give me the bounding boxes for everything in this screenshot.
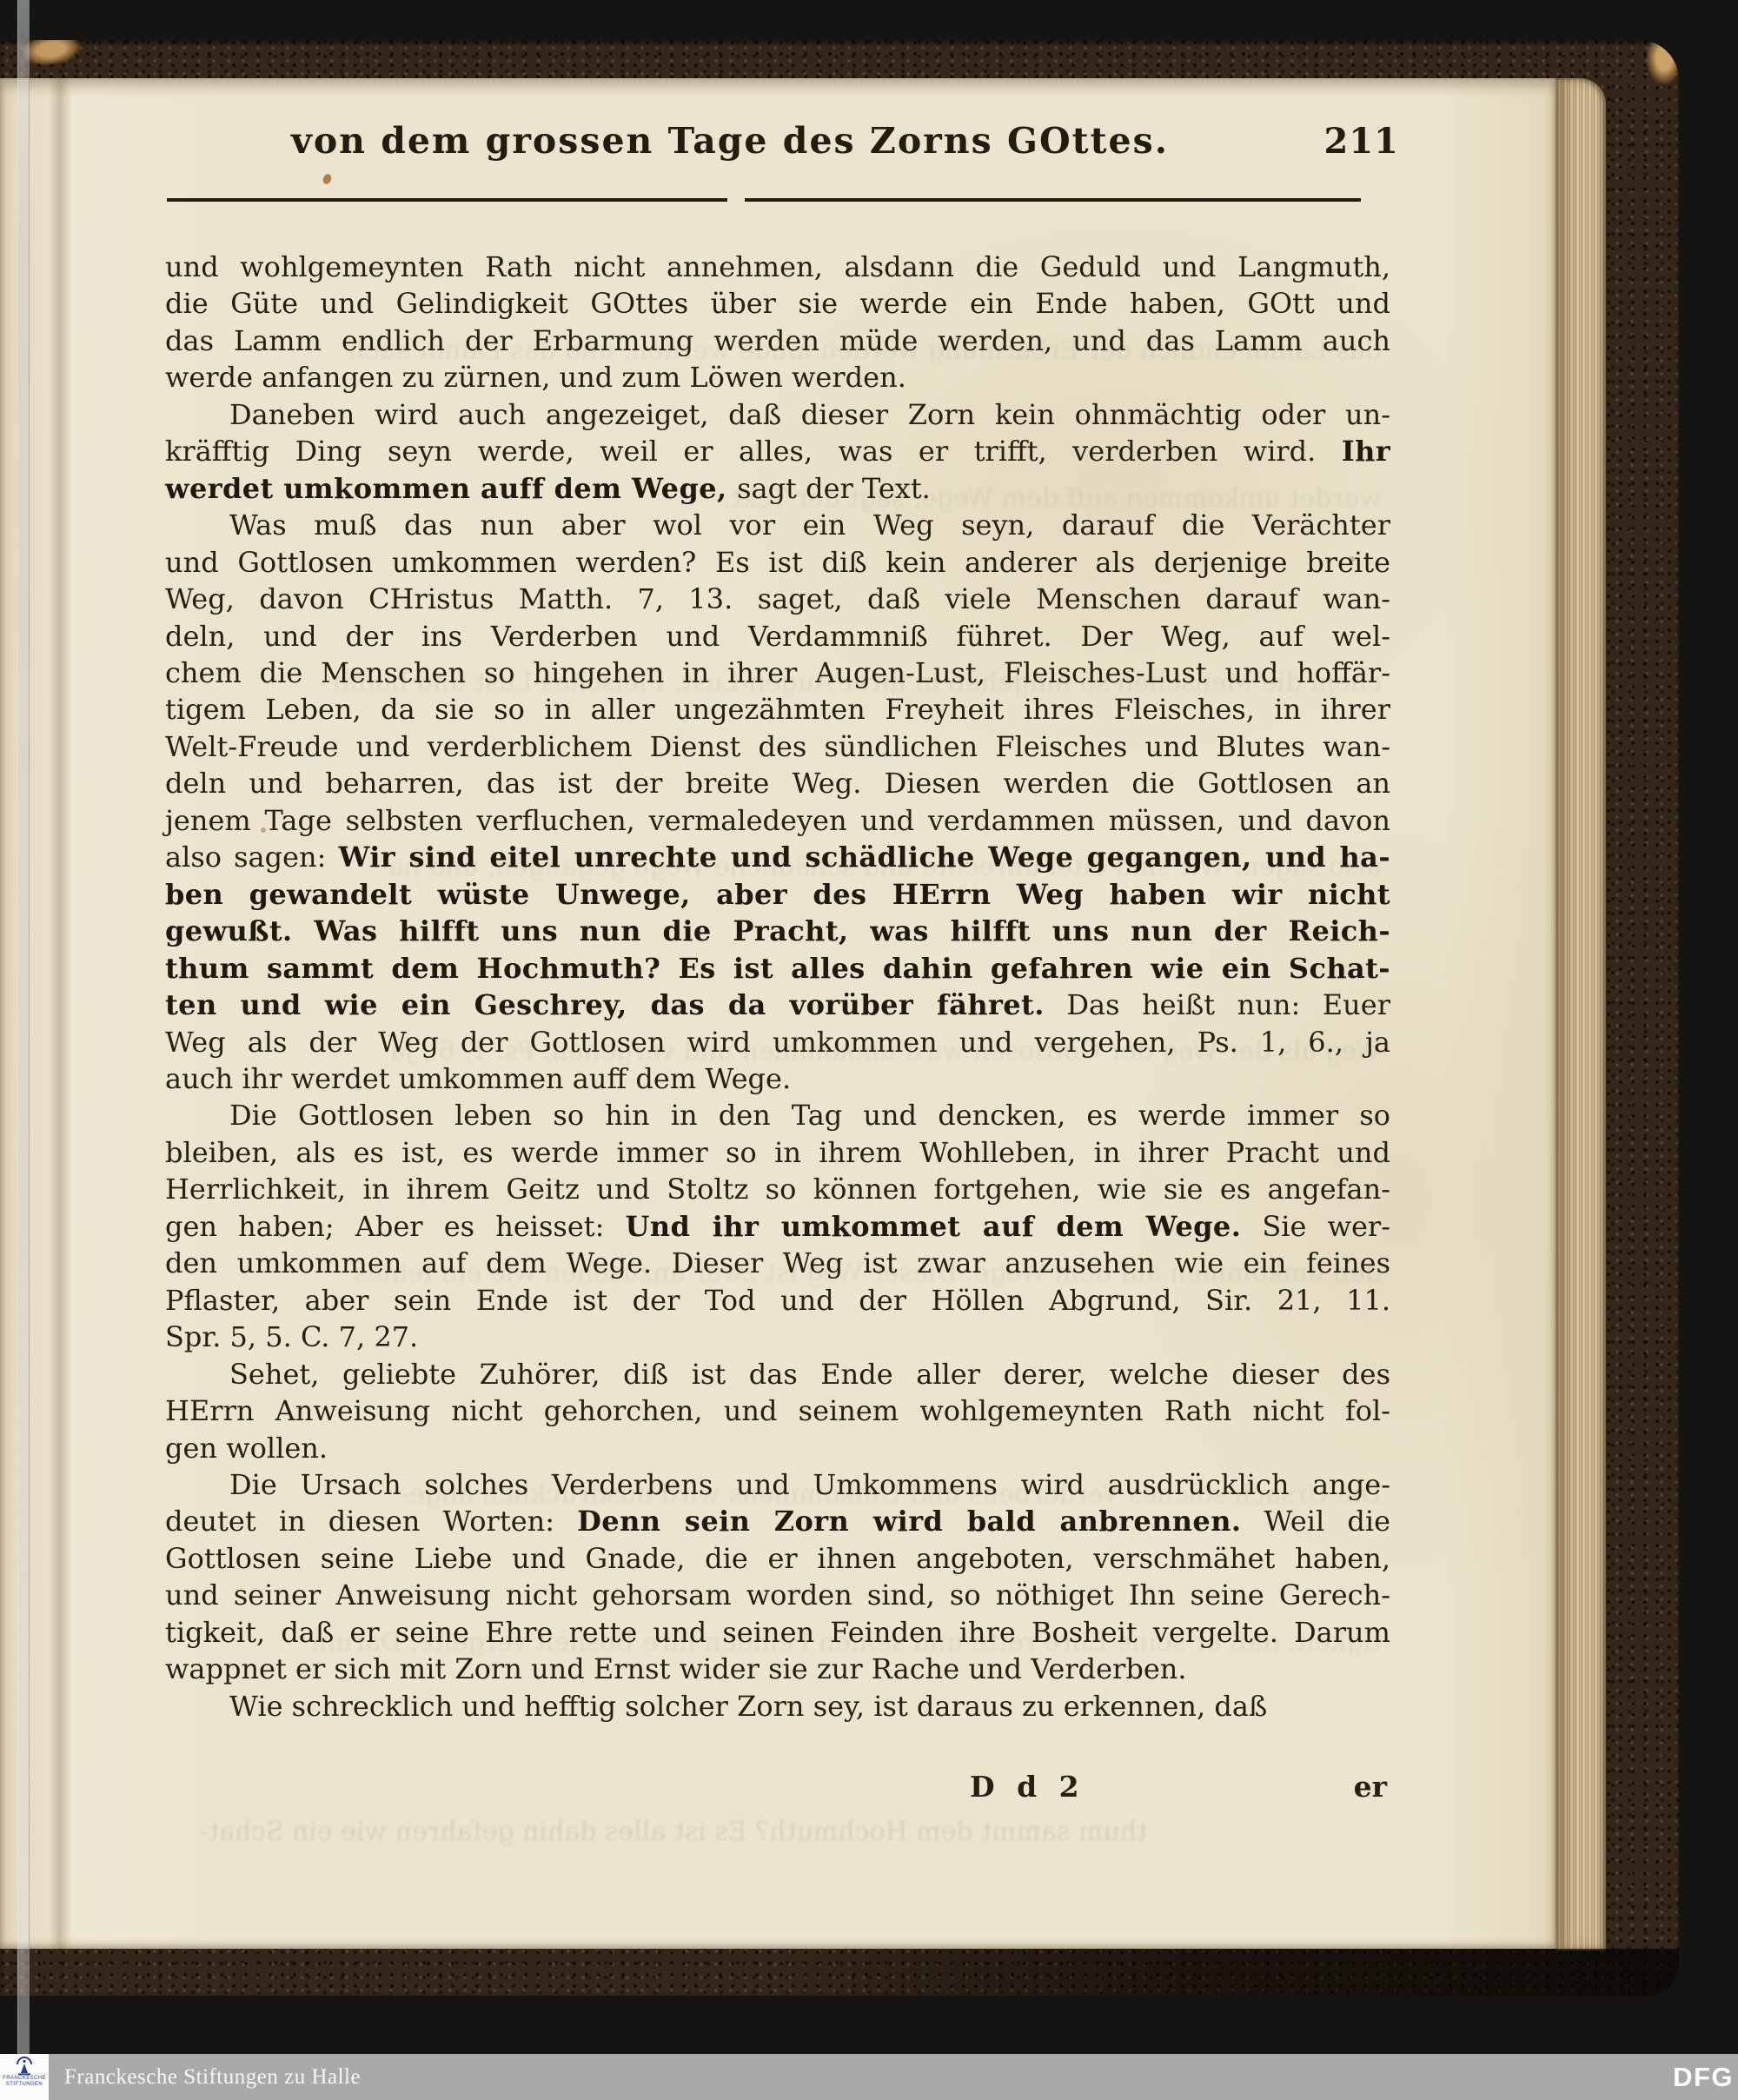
body-text: und wohlgemeynten Rath nicht annehmen, a… bbox=[165, 249, 1390, 1725]
emphasized-text: Und ihr umkommet auf dem Wege. bbox=[626, 1210, 1242, 1243]
rule-segment-left bbox=[167, 198, 727, 202]
signature-row: D d 2 er bbox=[165, 1770, 1390, 1811]
body-text-run: HErrn Anweisung nicht gehorchen, und sei… bbox=[165, 1394, 1390, 1427]
emphasized-text: Ihr bbox=[1342, 435, 1390, 468]
body-text-run: Welt-Freude und verderblichem Dienst des… bbox=[165, 730, 1390, 763]
body-text-run: wappnet er sich mit Zorn und Ernst wider… bbox=[165, 1652, 1187, 1685]
emphasized-text: Wir sind eitel unrechte und schädliche W… bbox=[338, 841, 1390, 874]
text-line: also sagen: Wir sind eitel unrechte und … bbox=[165, 839, 1390, 875]
text-line: jenem Tage selbsten verfluchen, vermaled… bbox=[165, 802, 1390, 839]
body-text-run: tigkeit, daß er seine Ehre rette und sei… bbox=[165, 1616, 1390, 1649]
body-text-run: und Gottlosen umkommen werden? Es ist di… bbox=[165, 546, 1390, 579]
text-line: thum sammt dem Hochmuth? Es ist alles da… bbox=[165, 950, 1390, 987]
catchword: er bbox=[1354, 1770, 1387, 1804]
body-text-run: auch ihr werdet umkommen auff dem Wege. bbox=[165, 1062, 791, 1095]
running-head: von dem grossen Tage des Zorns GOttes. 2… bbox=[165, 120, 1399, 162]
text-line: werde anfangen zu zürnen, und zum Löwen … bbox=[165, 359, 1390, 395]
body-text-run: jenem Tage selbsten verfluchen, vermaled… bbox=[165, 804, 1390, 837]
viewer-footer: FRANCKESCHE STIFTUNGEN Franckesche Stift… bbox=[0, 2054, 1738, 2100]
text-line: gen wollen. bbox=[165, 1430, 1390, 1466]
text-line: bleiben, als es ist, es werde immer so i… bbox=[165, 1134, 1390, 1171]
text-line: gewußt. Was hilfft uns nun die Pracht, w… bbox=[165, 913, 1390, 949]
body-text-run: gen haben; Aber es heisset: bbox=[165, 1210, 626, 1243]
emphasized-text: Denn sein Zorn wird bald anbrennen. bbox=[577, 1505, 1241, 1538]
body-text-run: Die Gottlosen leben so hin in den Tag un… bbox=[229, 1099, 1390, 1132]
body-text-run: Pflaster, aber sein Ende ist der Tod und… bbox=[165, 1284, 1390, 1317]
body-text-run: also sagen: bbox=[165, 841, 338, 874]
text-line: Spr. 5, 5. C. 7, 27. bbox=[165, 1319, 1390, 1355]
text-line: werdet umkommen auff dem Wege, sagt der … bbox=[165, 470, 1390, 507]
rule-segment-right bbox=[745, 198, 1361, 202]
body-text-run: Die Ursach solches Verderbens und Umkomm… bbox=[229, 1468, 1390, 1501]
text-line: gen haben; Aber es heisset: Und ihr umko… bbox=[165, 1208, 1390, 1245]
body-text-run: Weg als der Weg der Gottlosen wird umkom… bbox=[165, 1026, 1390, 1059]
text-line: auch ihr werdet umkommen auff dem Wege. bbox=[165, 1060, 1390, 1097]
body-text-run: deln und beharren, das ist der breite We… bbox=[165, 767, 1390, 800]
body-text-run: Spr. 5, 5. C. 7, 27. bbox=[165, 1320, 418, 1353]
body-text-run: Gottlosen seine Liebe und Gnade, die er … bbox=[165, 1542, 1390, 1575]
header-rule bbox=[167, 198, 1361, 202]
book-page: das Lamm endlich der Erbarmung werden mü… bbox=[0, 78, 1556, 1949]
body-text-run: und seiner Anweisung nicht gehorsam word… bbox=[165, 1578, 1390, 1612]
institution-name: Franckesche Stiftungen zu Halle bbox=[64, 2054, 361, 2100]
stiftungen-emblem-icon bbox=[15, 2057, 34, 2076]
body-text-run: und wohlgemeynten Rath nicht annehmen, a… bbox=[165, 250, 1390, 283]
text-line: Sehet, geliebte Zuhörer, diß ist das End… bbox=[165, 1356, 1390, 1392]
franckesche-stiftungen-logo: FRANCKESCHE STIFTUNGEN bbox=[0, 2054, 49, 2100]
text-line: Weg als der Weg der Gottlosen wird umkom… bbox=[165, 1024, 1390, 1060]
emphasized-text: werdet umkommen auff dem Wege, bbox=[165, 472, 737, 505]
body-text-run: das Lamm endlich der Erbarmung werden mü… bbox=[165, 324, 1390, 357]
page-fore-edge bbox=[1556, 78, 1606, 1950]
body-text-run: werde anfangen zu zürnen, und zum Löwen … bbox=[165, 361, 906, 394]
body-text-run: sagt der Text. bbox=[737, 472, 931, 505]
text-line: Pflaster, aber sein Ende ist der Tod und… bbox=[165, 1282, 1390, 1319]
body-text-run: Weil die bbox=[1241, 1505, 1390, 1538]
body-text-run: Daneben wird auch angezeiget, daß dieser… bbox=[229, 398, 1390, 431]
text-line: tigkeit, daß er seine Ehre rette und sei… bbox=[165, 1614, 1390, 1651]
text-line: deutet in diesen Worten: Denn sein Zorn … bbox=[165, 1503, 1390, 1539]
body-text-run: bleiben, als es ist, es werde immer so i… bbox=[165, 1136, 1390, 1169]
text-line: kräfftig Ding seyn werde, weil er alles,… bbox=[165, 433, 1390, 469]
text-line: Daneben wird auch angezeiget, daß dieser… bbox=[165, 396, 1390, 433]
emphasized-text: ben gewandelt wüste Unwege, aber des HEr… bbox=[165, 878, 1390, 911]
body-text-run: Weg, davon CHristus Matth. 7, 13. saget,… bbox=[165, 582, 1390, 615]
emphasized-text: thum sammt dem Hochmuth? Es ist alles da… bbox=[165, 952, 1390, 985]
text-line: tigem Leben, da sie so in aller ungezähm… bbox=[165, 691, 1390, 728]
body-text-run: tigem Leben, da sie so in aller ungezähm… bbox=[165, 693, 1390, 726]
page-number: 211 bbox=[1324, 121, 1400, 162]
body-text-run: deutet in diesen Worten: bbox=[165, 1505, 577, 1538]
foxing-speck bbox=[322, 173, 333, 185]
logo-caption-line1: FRANCKESCHE bbox=[3, 2076, 46, 2082]
gutter-crease bbox=[49, 78, 71, 1949]
text-line: Weg, davon CHristus Matth. 7, 13. saget,… bbox=[165, 581, 1390, 617]
text-line: wappnet er sich mit Zorn und Ernst wider… bbox=[165, 1651, 1390, 1687]
text-line: deln, und der ins Verderben und Verdammn… bbox=[165, 618, 1390, 655]
signature-mark: D d 2 bbox=[970, 1770, 1085, 1804]
body-text-run: den umkommen auf dem Wege. Dieser Weg is… bbox=[165, 1246, 1390, 1279]
emphasized-text: gewußt. Was hilfft uns nun die Pracht, w… bbox=[165, 914, 1390, 947]
text-line: das Lamm endlich der Erbarmung werden mü… bbox=[165, 322, 1390, 359]
emphasized-text: ten und wie ein Geschrey, das da vorüber… bbox=[165, 988, 1045, 1021]
leather-damage-spot-right bbox=[1646, 40, 1679, 85]
logo-caption-line2: STIFTUNGEN bbox=[6, 2082, 43, 2088]
bottom-edge-shadow bbox=[0, 1949, 1679, 1996]
dfg-logo: DFG bbox=[1673, 2054, 1734, 2100]
body-text-run: die Güte und Gelindigkeit GOttes über si… bbox=[165, 287, 1390, 320]
text-line: Welt-Freude und verderblichem Dienst des… bbox=[165, 728, 1390, 765]
leather-damage-spot-left bbox=[21, 40, 82, 68]
body-text-run: Herrlichkeit, in ihrem Geitz und Stoltz … bbox=[165, 1173, 1390, 1206]
text-line: Was muß das nun aber wol vor ein Weg sey… bbox=[165, 507, 1390, 543]
glass-plate-edge bbox=[17, 0, 30, 2054]
body-text-run: Wie schrecklich und hefftig solcher Zorn… bbox=[229, 1690, 1267, 1723]
text-line: HErrn Anweisung nicht gehorchen, und sei… bbox=[165, 1392, 1390, 1429]
text-line: und Gottlosen umkommen werden? Es ist di… bbox=[165, 544, 1390, 581]
text-line: Die Gottlosen leben so hin in den Tag un… bbox=[165, 1097, 1390, 1133]
body-text-run: gen wollen. bbox=[165, 1432, 328, 1465]
body-text-run: Was muß das nun aber wol vor ein Weg sey… bbox=[229, 508, 1390, 542]
text-line: und seiner Anweisung nicht gehorsam word… bbox=[165, 1577, 1390, 1613]
body-text-run: Sie wer- bbox=[1241, 1210, 1390, 1243]
text-line: chem die Menschen so hingehen in ihrer A… bbox=[165, 655, 1390, 691]
text-line: deln und beharren, das ist der breite We… bbox=[165, 765, 1390, 801]
text-line: ten und wie ein Geschrey, das da vorüber… bbox=[165, 987, 1390, 1023]
body-text-run: Sehet, geliebte Zuhörer, diß ist das End… bbox=[229, 1358, 1390, 1391]
page-heading: von dem grossen Tage des Zorns GOttes. bbox=[165, 120, 1399, 162]
text-line: Herrlichkeit, in ihrem Geitz und Stoltz … bbox=[165, 1171, 1390, 1207]
body-text-run: kräfftig Ding seyn werde, weil er alles,… bbox=[165, 435, 1342, 468]
text-line: Gottlosen seine Liebe und Gnade, die er … bbox=[165, 1540, 1390, 1577]
body-text-run: chem die Menschen so hingehen in ihrer A… bbox=[165, 656, 1390, 689]
text-line: Wie schrecklich und hefftig solcher Zorn… bbox=[165, 1688, 1390, 1725]
book-cover: das Lamm endlich der Erbarmung werden mü… bbox=[0, 40, 1679, 1996]
text-line: und wohlgemeynten Rath nicht annehmen, a… bbox=[165, 249, 1390, 285]
text-line: den umkommen auf dem Wege. Dieser Weg is… bbox=[165, 1245, 1390, 1281]
text-line: ben gewandelt wüste Unwege, aber des HEr… bbox=[165, 876, 1390, 913]
body-text-run: deln, und der ins Verderben und Verdammn… bbox=[165, 620, 1390, 653]
text-line: die Güte und Gelindigkeit GOttes über si… bbox=[165, 285, 1390, 322]
scan-background: das Lamm endlich der Erbarmung werden mü… bbox=[0, 0, 1738, 2100]
bleedthrough-text: thum sammt dem Hochmuth? Es ist alles da… bbox=[365, 1817, 1147, 1847]
body-text-run: Das heißt nun: Euer bbox=[1045, 988, 1390, 1021]
text-line: Die Ursach solches Verderbens und Umkomm… bbox=[165, 1466, 1390, 1503]
